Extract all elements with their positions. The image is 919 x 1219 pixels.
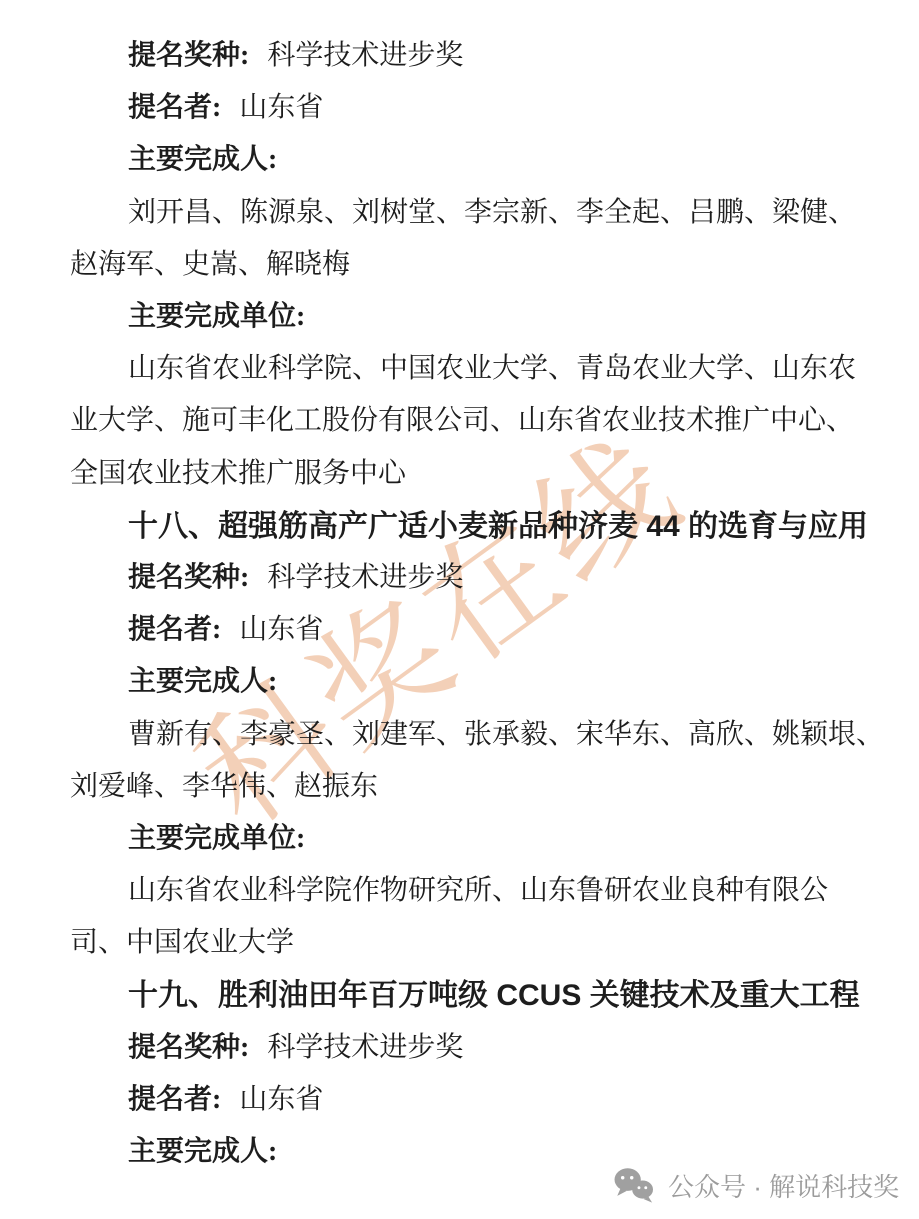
- footer-text: 公众号 · 解说科技奖: [668, 1167, 899, 1204]
- units-line: 山东省农业科学院、中国农业大学、青岛农业大学、山东农: [0, 340, 919, 392]
- label-main-units: 主要完成单位:: [0, 810, 919, 862]
- document-page: 科奖在线 提名奖种: 科学技术进步奖 提名者: 山东省 主要完成人: 刘开昌、陈…: [0, 0, 919, 1219]
- completers-names-line: 赵海军、史嵩、解晓梅: [0, 236, 919, 288]
- field-label: 提名奖种:: [128, 1025, 249, 1065]
- units-line: 司、中国农业大学: [0, 914, 919, 966]
- completers-names-line: 刘爱峰、李华伟、赵振东: [0, 758, 919, 810]
- field-label: 提名奖种:: [128, 555, 249, 595]
- field-award-type: 提名奖种: 科学技术进步奖: [0, 27, 919, 79]
- field-value: 科学技术进步奖: [267, 33, 463, 73]
- field-label: 提名者:: [128, 1077, 221, 1117]
- field-nominator: 提名者: 山东省: [0, 1071, 919, 1123]
- field-label: 提名奖种:: [128, 33, 249, 73]
- units-line: 业大学、施可丰化工股份有限公司、山东省农业技术推广中心、: [0, 392, 919, 444]
- field-value: 科学技术进步奖: [267, 555, 463, 595]
- field-label: 提名者:: [128, 85, 221, 125]
- units-line: 全国农业技术推广服务中心: [0, 445, 919, 497]
- wechat-account-footer: 公众号 · 解说科技奖: [612, 1162, 899, 1208]
- label-main-units: 主要完成单位:: [0, 288, 919, 340]
- field-value: 山东省: [239, 85, 323, 125]
- field-award-type: 提名奖种: 科学技术进步奖: [0, 549, 919, 601]
- field-value: 山东省: [239, 1077, 323, 1117]
- completers-names-line: 曹新有、李豪圣、刘建军、张承毅、宋华东、高欣、姚颖垠、: [0, 705, 919, 757]
- completers-names-line: 刘开昌、陈源泉、刘树堂、李宗新、李全起、吕鹏、梁健、: [0, 184, 919, 236]
- field-award-type: 提名奖种: 科学技术进步奖: [0, 1019, 919, 1071]
- field-nominator: 提名者: 山东省: [0, 79, 919, 131]
- label-main-completers: 主要完成人:: [0, 131, 919, 183]
- field-value: 山东省: [239, 607, 323, 647]
- section-19-heading: 十九、胜利油田年百万吨级 CCUS 关键技术及重大工程: [0, 966, 919, 1018]
- label-main-completers: 主要完成人:: [0, 653, 919, 705]
- field-value: 科学技术进步奖: [267, 1025, 463, 1065]
- field-label: 提名者:: [128, 607, 221, 647]
- section-18-heading: 十八、超强筋高产广适小麦新品种济麦 44 的选育与应用: [0, 497, 919, 549]
- wechat-icon: [612, 1166, 656, 1204]
- units-line: 山东省农业科学院作物研究所、山东鲁研农业良种有限公: [0, 862, 919, 914]
- document-content: 提名奖种: 科学技术进步奖 提名者: 山东省 主要完成人: 刘开昌、陈源泉、刘树…: [0, 0, 919, 1175]
- field-nominator: 提名者: 山东省: [0, 601, 919, 653]
